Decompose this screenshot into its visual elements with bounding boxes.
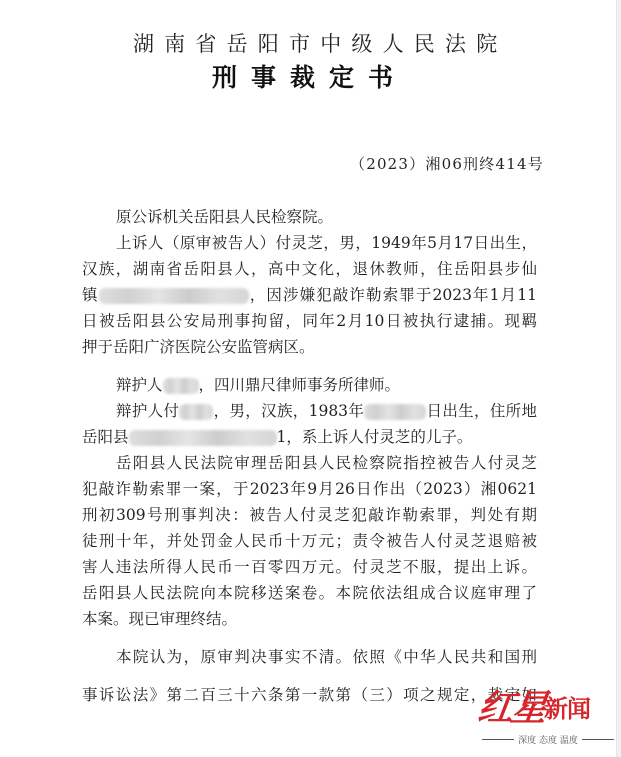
text-segment: 刑初309号刑事判决：被告人付灵芝犯敲诈勒索罪，判处有期 — [82, 506, 537, 524]
document-title: 刑事裁定书 — [212, 62, 407, 94]
text-segment: 日被岳阳县公安局刑事拘留，同年2月10日被执行逮捕。现羁 — [82, 312, 537, 330]
page-edge — [616, 0, 621, 757]
text-segment: 岳阳县 — [82, 428, 129, 446]
text-line: 徒刑十年，并处罚金人民币十万元；责令被告人付灵芝退赔被 — [82, 530, 537, 552]
case-number: （2023）湘06刑终414号 — [350, 153, 544, 175]
text-segment: 押于岳阳广济医院公安监管病区。 — [82, 338, 315, 356]
court-name: 湖南省岳阳市中级人民法院 — [133, 30, 483, 58]
text-segment: ，因涉嫌犯敲诈勒索罪于2023年1月11 — [249, 286, 537, 304]
watermark-brand-text: 新闻 — [544, 689, 590, 729]
redacted-text — [163, 378, 199, 394]
watermark-slogan: 深度 态度 温度 — [518, 733, 578, 746]
text-segment: ，男，汉族，1983年 — [213, 402, 364, 420]
text-line: 原公诉机关岳阳县人民检察院。 — [116, 206, 537, 228]
redacted-text — [179, 404, 213, 420]
divider — [482, 739, 514, 740]
text-line: 岳阳县人民法院审理岳阳县人民检察院指控被告人付灵芝 — [116, 452, 537, 474]
divider — [582, 739, 614, 740]
text-line: 上诉人（原审被告人）付灵芝，男，1949年5月17日出生， — [116, 232, 537, 254]
text-segment: 本案。现已审理终结。 — [82, 610, 237, 628]
document-page: 湖南省岳阳市中级人民法院 刑事裁定书 （2023）湘06刑终414号 原公诉机关… — [0, 0, 617, 757]
text-segment: 本院认为，原审判决事实不清。依照《中华人民共和国刑 — [116, 648, 537, 666]
redacted-text — [364, 404, 426, 420]
text-segment: 事诉讼法》第二百三十六条第一款第（三）项之规定，裁定如 — [82, 686, 537, 704]
text-segment: 汉族，湖南省岳阳县人，高中文化，退休教师，住岳阳县步仙 — [82, 260, 537, 278]
text-segment: 日出生，住所地 — [426, 402, 537, 420]
text-segment: ，四川鼎尺律师事务所律师。 — [199, 376, 401, 394]
text-line: 岳阳县1，系上诉人付灵芝的儿子。 — [82, 426, 537, 448]
hongxing-news-watermark: 红星新闻 深度 态度 温度 — [478, 688, 618, 750]
redacted-text — [129, 430, 277, 446]
text-line: 本院认为，原审判决事实不清。依照《中华人民共和国刑 — [116, 646, 537, 668]
text-segment: 上诉人（原审被告人）付灵芝，男，1949年5月17日出生， — [116, 234, 537, 252]
text-line: 日被岳阳县公安局刑事拘留，同年2月10日被执行逮捕。现羁 — [82, 310, 537, 332]
text-segment: 岳阳县人民法院审理岳阳县人民检察院指控被告人付灵芝 — [116, 454, 537, 472]
text-line: 汉族，湖南省岳阳县人，高中文化，退休教师，住岳阳县步仙 — [82, 258, 537, 280]
text-segment: 辩护人付 — [116, 402, 179, 420]
text-line: 押于岳阳广济医院公安监管病区。 — [82, 336, 537, 358]
text-line: 犯敲诈勒索罪一案，于2023年9月26日作出（2023）湘0621 — [82, 478, 537, 500]
text-line: 辩护人付，男，汉族，1983年日出生，住所地 — [116, 400, 537, 422]
text-line: 刑初309号刑事判决：被告人付灵芝犯敲诈勒索罪，判处有期 — [82, 504, 537, 526]
text-line: 害人违法所得人民币一百零四万元。付灵芝不服，提出上诉。 — [82, 556, 537, 578]
text-line: 事诉讼法》第二百三十六条第一款第（三）项之规定，裁定如 — [82, 684, 537, 706]
watermark-brand-script: 红星 — [475, 688, 547, 728]
text-segment: 犯敲诈勒索罪一案，于2023年9月26日作出（2023）湘0621 — [82, 480, 537, 498]
text-segment: 徒刑十年，并处罚金人民币十万元；责令被告人付灵芝退赔被 — [82, 532, 537, 550]
text-line: 辩护人，四川鼎尺律师事务所律师。 — [116, 374, 537, 396]
watermark-slogan-row: 深度 态度 温度 — [482, 733, 614, 746]
text-segment: 1，系上诉人付灵芝的儿子。 — [277, 428, 473, 446]
text-line: 岳阳县人民法院向本院移送案卷。本院依法组成合议庭审理了 — [82, 582, 537, 604]
text-segment: 岳阳县人民法院向本院移送案卷。本院依法组成合议庭审理了 — [82, 584, 537, 602]
text-line: 本案。现已审理终结。 — [82, 608, 537, 630]
watermark-brand: 红星新闻 — [478, 688, 590, 735]
redacted-text — [99, 288, 249, 304]
text-segment: 辩护人 — [116, 376, 163, 394]
text-line: 镇，因涉嫌犯敲诈勒索罪于2023年1月11 — [82, 284, 537, 306]
text-segment: 镇 — [82, 286, 99, 304]
text-segment: 害人违法所得人民币一百零四万元。付灵芝不服，提出上诉。 — [82, 558, 537, 576]
text-segment: 原公诉机关岳阳县人民检察院。 — [116, 208, 333, 226]
